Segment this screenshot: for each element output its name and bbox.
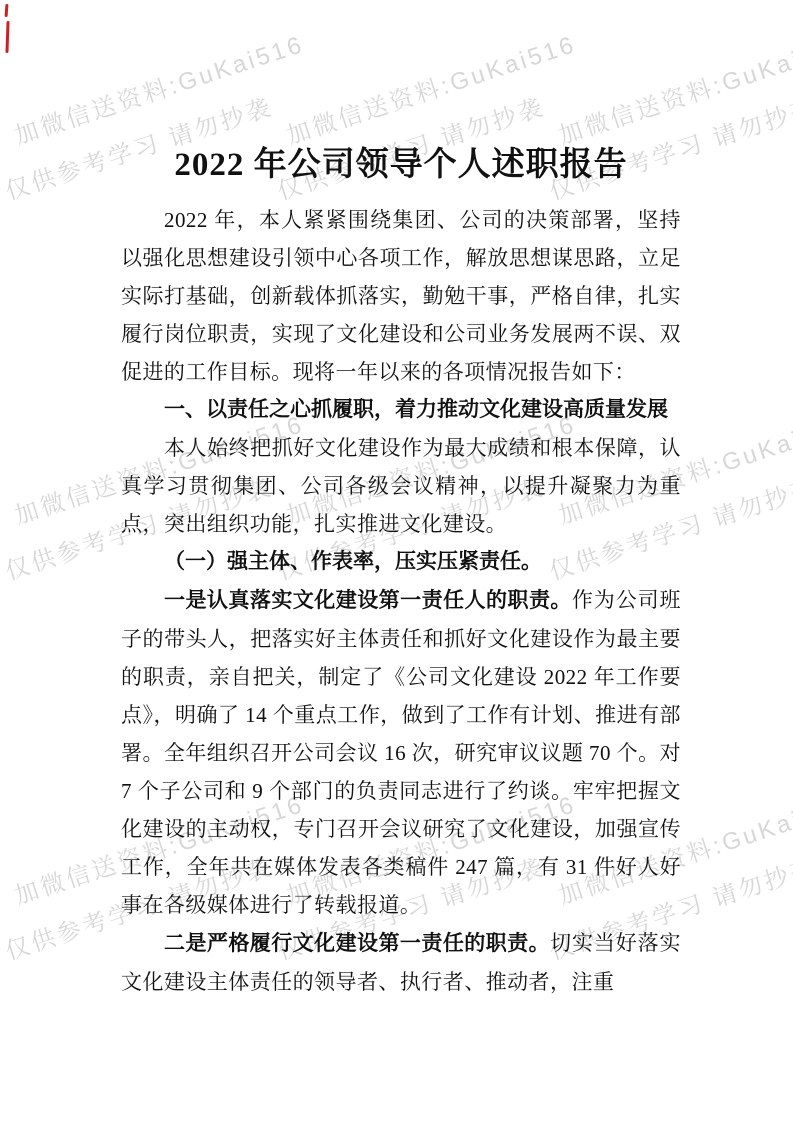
document-body: 2022 年，本人紧紧围绕集团、公司的决策部署，坚持以强化思想建设引领中心各项工… [121,201,681,1001]
bold-text-run: （一）强主体、作表率，压实压紧责任。 [164,550,542,573]
paragraph: 一是认真落实文化建设第一责任人的职责。作为公司班子的带头人，把落实好主体责任和抓… [121,581,681,924]
section-heading: （一）强主体、作表率，压实压紧责任。 [121,543,681,581]
text-run: 2022 年，本人紧紧围绕集团、公司的决策部署，坚持以强化思想建设引领中心各项工… [121,208,681,384]
text-run: 作为公司班子的带头人，把落实好主体责任和抓好文化建设作为最主要的职责，亲自把关，… [121,588,681,917]
page-title: 2022 年公司领导个人述职报告 [121,142,681,188]
bold-text-run: 二是严格履行文化建设第一责任的职责。 [164,932,550,955]
bold-text-run: 一是认真落实文化建设第一责任人的职责。 [164,589,572,612]
section-heading: 一、以责任之心抓履职，着力推动文化建设高质量发展 [121,391,681,429]
document-page: 加微信送资料:GuKai516仅供参考学习 请勿抄袭加微信送资料:GuKai51… [0,0,793,1122]
watermark-line1: 加微信送资料:GuKai516 [280,21,583,162]
red-stroke [5,4,9,17]
paragraph: 二是严格履行文化建设第一责任的职责。切实当好落实文化建设主体责任的领导者、执行者… [121,924,681,1001]
bold-text-run: 一、以责任之心抓履职，着力推动文化建设高质量发展 [164,398,668,421]
watermark-line1: 加微信送资料:GuKai516 [552,21,793,162]
document-content: 2022 年公司领导个人述职报告 2022 年，本人紧紧围绕集团、公司的决策部署… [121,142,681,1001]
watermark-line1: 加微信送资料:GuKai516 [8,21,311,162]
red-stroke [5,21,9,53]
text-run: 本人始终把抓好文化建设作为最大成绩和根本保障，认真学习贯彻集团、公司各级会议精神… [121,436,681,536]
paragraph: 2022 年，本人紧紧围绕集团、公司的决策部署，坚持以强化思想建设引领中心各项工… [121,201,681,391]
paragraph: 本人始终把抓好文化建设作为最大成绩和根本保障，认真学习贯彻集团、公司各级会议精神… [121,429,681,543]
